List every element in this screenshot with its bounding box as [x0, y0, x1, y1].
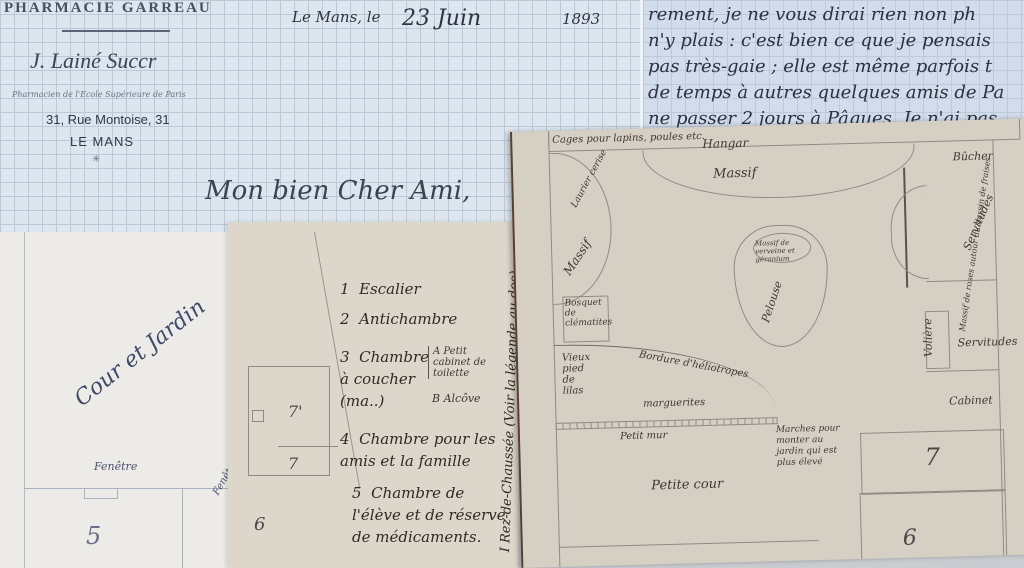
room-number: 7 — [924, 443, 940, 471]
massif-roses-shape — [890, 185, 929, 280]
voliere-label: Volière — [921, 318, 935, 357]
door-mark — [252, 410, 264, 422]
garden-plan-sheet: Cages pour lapins, poules etc. Hangar Ma… — [510, 118, 1024, 567]
legend-item-3: 3 Chambre à coucher (ma..) — [340, 346, 440, 412]
wall-line — [182, 488, 183, 568]
legend-number: 2 — [340, 310, 350, 328]
letter-line: pas très-gaie ; elle est même parfois t — [648, 56, 992, 77]
date-place: Le Mans, le — [292, 8, 380, 26]
cabinet-label: Cabinet — [949, 393, 993, 407]
massif-center-label: Massif de verveine et géranium — [755, 238, 810, 263]
petit-mur-label: Petit mur — [620, 430, 668, 442]
bucher-label: Bûcher — [953, 149, 994, 163]
legend-sub-a: A Petit cabinet de toilette — [428, 346, 493, 379]
wall-line — [24, 488, 232, 489]
room-number: 7' — [288, 402, 303, 421]
city-line: LE MANS — [70, 134, 134, 149]
massif-left-shape — [549, 151, 614, 305]
legend-sheet: 7' 7 6 1 Escalier 2 Antichambre 3 Chambr… — [228, 222, 518, 568]
legend-sub-b: B Alcôve — [428, 392, 481, 405]
wall-line — [926, 369, 998, 372]
room-number: 5 — [86, 522, 101, 550]
room-number: 7 — [288, 454, 298, 473]
wall-line — [278, 446, 338, 447]
legend-number: 3 — [340, 348, 350, 366]
legend-item-2: 2 Antichambre — [340, 310, 457, 328]
legend-item-4: 4 Chambre pour les amis et la famille — [340, 428, 510, 472]
legend-item-5: 5 Chambre de l'élève et de réserve de mé… — [352, 482, 512, 548]
address-line: 31, Rue Montoise, 31 — [46, 112, 170, 127]
salutation: Mon bien Cher Ami, — [205, 176, 470, 206]
date-year: 1893 — [562, 10, 600, 28]
wall-line — [926, 279, 996, 282]
letter-line: de temps à autres quelques amis de Pa — [648, 82, 1004, 103]
room-number: 6 — [254, 514, 265, 535]
legend-text: Escalier — [359, 280, 421, 298]
massif-top-label: Massif — [713, 166, 757, 182]
massif-top-shape — [643, 143, 916, 201]
successor-name: J. Lainé Succr — [30, 48, 156, 74]
school-line: Pharmacien de l'Ecole Supérieure de Pari… — [12, 90, 186, 99]
petite-cour-label: Petite cour — [651, 477, 723, 494]
letter-line: n'y plais : c'est bien ce que je pensais — [648, 30, 991, 51]
window-mark — [84, 488, 118, 499]
date-day: 23 Juin — [402, 6, 481, 31]
servitudes-label-2: Servitudes — [958, 335, 1018, 350]
ornament-divider — [62, 30, 170, 32]
bosquet-label: Bosquet de clématites — [564, 298, 607, 329]
lilas-label: Vieux pied de lilas — [562, 352, 597, 397]
room-number: 6 — [902, 525, 917, 550]
marches-label: Marches pour monter au jardin qui est pl… — [776, 423, 847, 469]
legend-number: 5 — [352, 484, 362, 502]
legend-text: Antichambre — [359, 310, 457, 328]
star-ornament: ✳ — [92, 154, 100, 165]
marguerites-label: marguerites — [643, 397, 705, 410]
diagonal-label: Cour et Jardin — [70, 295, 210, 412]
legend-number: 1 — [340, 280, 350, 298]
legend-item-1: 1 Escalier — [340, 280, 421, 298]
window-label: Fenêtre — [94, 460, 137, 473]
legend-number: 4 — [340, 430, 350, 448]
fold-line — [559, 540, 819, 548]
margin-line — [24, 232, 25, 568]
legend-text: Chambre de l'élève et de réserve de médi… — [352, 484, 506, 546]
legend-text: Chambre à coucher (ma..) — [340, 348, 429, 410]
pharmacy-name: PHARMACIE GARREAU — [4, 0, 212, 17]
left-plan-sheet: Cour et Jardin Fenêtre Fenêtre 5 — [0, 232, 232, 568]
legend-text: Chambre pour les amis et la famille — [340, 430, 495, 470]
room-6-box — [860, 489, 1008, 564]
letter-line: rement, je ne vous dirai rien non ph — [648, 4, 976, 25]
